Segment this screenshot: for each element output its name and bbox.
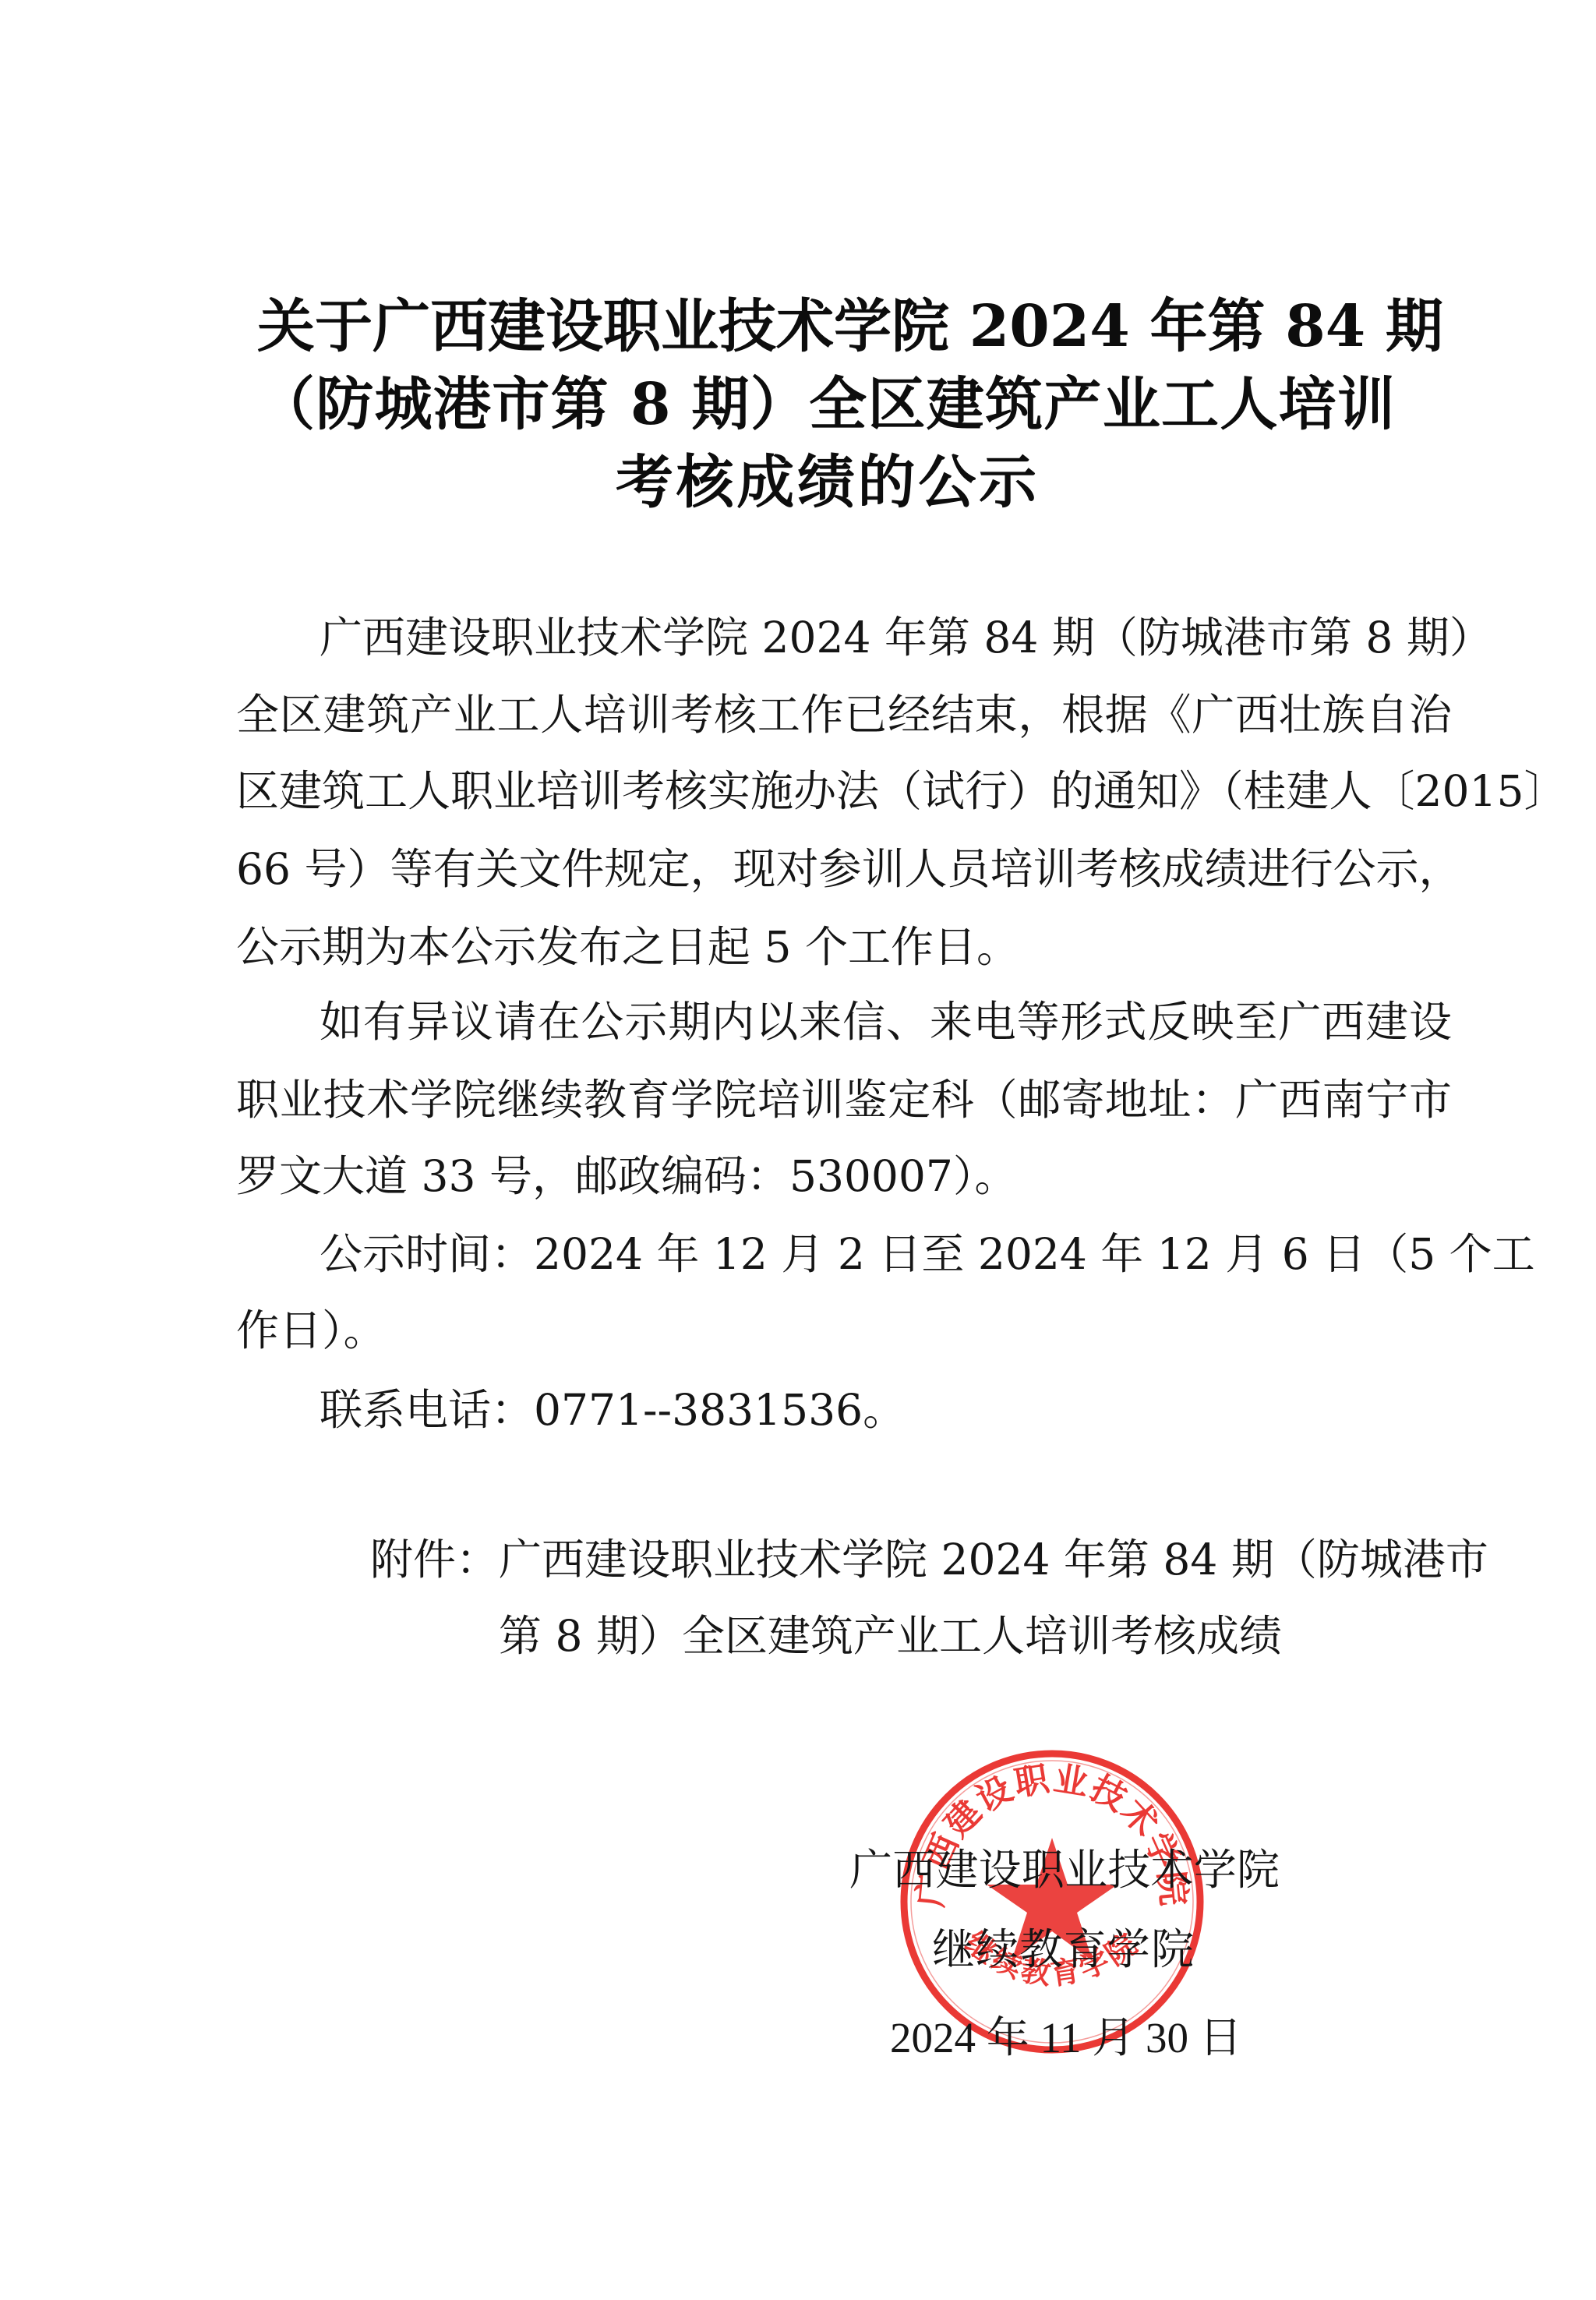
- body-line: 职业技术学院继续教育学院培训鉴定科（邮寄地址：广西南宁市: [236, 1072, 1452, 1127]
- document-page: 关于广西建设职业技术学院 2024 年第 84 期 （防城港市第 8 期）全区建…: [0, 0, 1596, 2300]
- contact-phone: 联系电话：0771--3831536。: [320, 1383, 906, 1437]
- body-line: 66 号）等有关文件规定，现对参训人员培训考核成绩进行公示，: [236, 842, 1452, 896]
- signature-organization: 广西建设职业技术学院: [849, 1843, 1280, 1898]
- title-line-1: 关于广西建设职业技术学院 2024 年第 84 期: [257, 291, 1395, 362]
- body-line: 如有异议请在公示期内以来信、来电等形式反映至广西建设: [320, 995, 1452, 1049]
- body-line: 罗文大道 33 号，邮政编码：530007）。: [236, 1149, 1017, 1203]
- body-line: 作日）。: [236, 1303, 387, 1358]
- body-line: 全区建筑产业工人培训考核工作已经结束，根据《广西壮族自治: [236, 687, 1452, 742]
- title-line-2: （防城港市第 8 期）全区建筑产业工人培训: [257, 369, 1395, 440]
- signature-department: 继续教育学院: [932, 1923, 1194, 1977]
- title-line-3: 考核成绩的公示: [616, 447, 1036, 518]
- body-line: 公示时间：2024 年 12 月 2 日至 2024 年 12 月 6 日（5 …: [320, 1227, 1452, 1281]
- signature-date: 2024 年 11 月 30 日: [890, 2011, 1236, 2065]
- body-line: 公示期为本公示发布之日起 5 个工作日。: [236, 920, 1019, 974]
- body-line: 区建筑工人职业培训考核实施办法（试行）的通知》（桂建人〔2015〕: [236, 764, 1452, 818]
- attachment-line-2: 第 8 期）全区建筑产业工人培训考核成绩: [499, 1609, 1282, 1663]
- attachment-line-1: 附件：广西建设职业技术学院 2024 年第 84 期（防城港市: [370, 1532, 1452, 1587]
- body-line: 广西建设职业技术学院 2024 年第 84 期（防城港市第 8 期）: [320, 610, 1452, 665]
